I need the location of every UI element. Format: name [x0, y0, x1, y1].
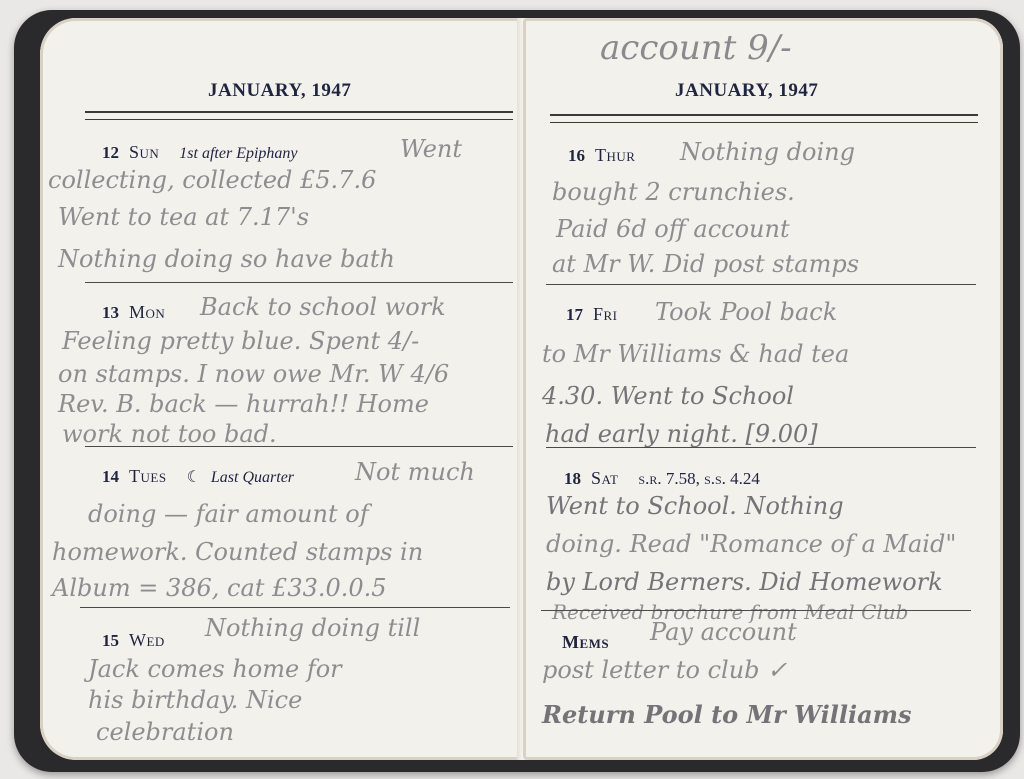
- day-header-13: 13 Mon: [102, 302, 165, 323]
- day-divider: [541, 610, 971, 611]
- day-header-12: 12 Sun 1st after Epiphany: [102, 142, 298, 163]
- entry-line: collecting, collected £5.7.6: [48, 166, 376, 195]
- day-divider: [85, 446, 513, 447]
- day-divider: [546, 447, 976, 448]
- mems-line: Pay account: [650, 618, 797, 647]
- day-number: 18: [564, 469, 581, 488]
- entry-line: doing. Read "Romance of a Maid": [546, 530, 956, 559]
- day-of-week: Thur: [595, 145, 635, 165]
- right-month-title: JANUARY, 1947: [675, 80, 818, 102]
- entry-line: on stamps. I now owe Mr. W 4/6: [58, 360, 449, 389]
- day-number: 17: [566, 305, 583, 324]
- entry-line: Not much: [355, 458, 475, 487]
- day-of-week: Sat: [591, 468, 618, 488]
- day-note: 1st after Epiphany: [179, 145, 297, 162]
- day-header-18: 18 Sat s.r. 7.58, s.s. 4.24: [564, 468, 760, 489]
- entry-line: Rev. B. back — hurrah!! Home: [58, 390, 429, 419]
- entry-line: Jack comes home for: [88, 655, 342, 684]
- entry-line: had early night. [9.00]: [545, 420, 818, 449]
- day-of-week: Wed: [129, 630, 165, 650]
- day-header-16: 16 Thur: [568, 145, 635, 166]
- entry-line: homework. Counted stamps in: [52, 538, 423, 567]
- day-header-14: 14 Tues ☾ Last Quarter: [102, 466, 294, 487]
- day-note: Last Quarter: [211, 469, 294, 486]
- day-divider: [546, 284, 976, 285]
- left-header-rule: [85, 111, 513, 120]
- mems-label: Mems: [562, 632, 609, 652]
- sunrise-sunset-note: s.r. 7.58, s.s. 4.24: [638, 469, 760, 488]
- entry-line: celebration: [96, 718, 234, 747]
- entry-line: his birthday. Nice: [88, 686, 302, 715]
- day-divider: [85, 282, 513, 283]
- day-number: 14: [102, 467, 119, 486]
- day-header-17: 17 Fri: [566, 304, 618, 325]
- day-number: 15: [102, 631, 119, 650]
- day-header-15: 15 Wed: [102, 630, 165, 651]
- entry-line: Feeling pretty blue. Spent 4/-: [62, 327, 419, 356]
- entry-line: Nothing doing till: [205, 614, 420, 643]
- day-number: 13: [102, 303, 119, 322]
- mems-header: Mems: [562, 632, 609, 653]
- right-header-rule: [550, 114, 978, 123]
- entry-line: Back to school work: [200, 293, 446, 322]
- entry-line: doing — fair amount of: [88, 500, 369, 529]
- moon-last-quarter-icon: ☾: [187, 469, 201, 486]
- left-month-title: JANUARY, 1947: [208, 80, 351, 102]
- entry-line: Went: [400, 135, 462, 164]
- entry-line: Took Pool back: [655, 298, 837, 327]
- mems-line: Return Pool to Mr Williams: [542, 700, 912, 729]
- entry-line: at Mr W. Did post stamps: [552, 250, 859, 279]
- entry-line: by Lord Berners. Did Homework: [546, 568, 943, 597]
- entry-line: Nothing doing: [680, 138, 855, 167]
- entry-line: Paid 6d off account: [556, 215, 790, 244]
- entry-line: to Mr Williams & had tea: [542, 340, 849, 369]
- entry-line: Went to tea at 7.17's: [58, 203, 309, 232]
- entry-line: Album = 386, cat £33.0.0.5: [52, 574, 387, 603]
- entry-line: work not too bad.: [62, 420, 277, 449]
- day-of-week: Mon: [129, 302, 165, 322]
- day-divider: [80, 607, 510, 608]
- day-number: 12: [102, 143, 119, 162]
- entry-line: Went to School. Nothing: [546, 492, 844, 521]
- entry-line: bought 2 crunchies.: [552, 178, 795, 207]
- entry-line: 4.30. Went to School: [542, 382, 794, 411]
- top-margin-note: account 9/-: [600, 28, 792, 68]
- mems-line: post letter to club ✓: [542, 656, 787, 685]
- day-of-week: Tues: [129, 466, 167, 486]
- entry-line: Nothing doing so have bath: [58, 245, 395, 274]
- day-of-week: Fri: [593, 304, 618, 324]
- day-number: 16: [568, 146, 585, 165]
- day-of-week: Sun: [129, 142, 159, 162]
